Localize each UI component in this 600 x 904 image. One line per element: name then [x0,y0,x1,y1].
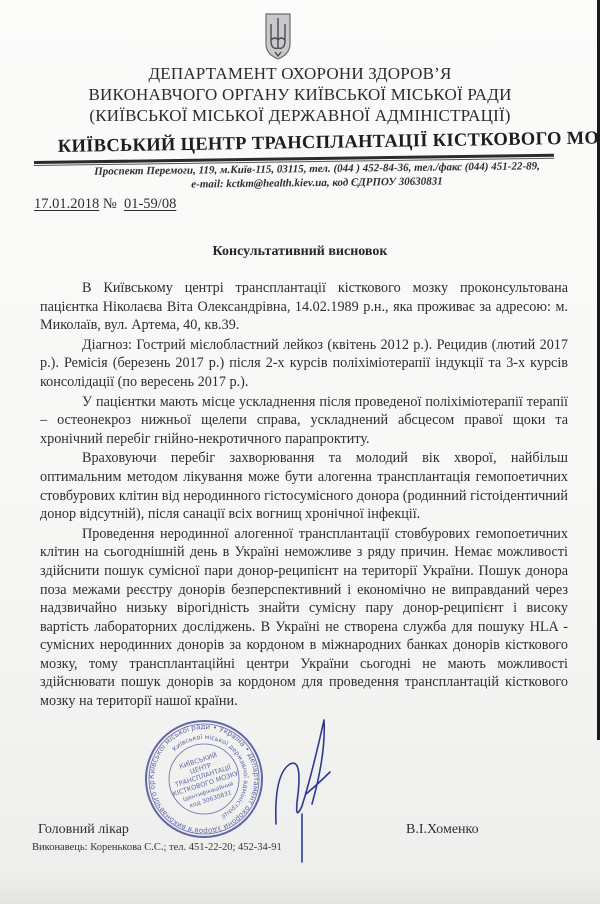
trident-emblem-icon [264,12,292,60]
executor-line: Виконавець: Коренькова С.С.; тел. 451-22… [32,842,282,853]
dept-line-2: ВИКОНАВЧОГО ОРГАНУ КИЇВСЬКОЇ МІСЬКОЇ РАД… [0,85,600,105]
paragraph-limitations: Проведення неродинної алогенної транспла… [40,525,568,711]
ref-date: 17.01.2018 [34,196,99,212]
paragraph-patient: В Київському центрі трансплантації кістк… [40,279,568,335]
dept-line-3: (КИЇВСЬКОЇ МІСЬКОЇ ДЕРЖАВНОЇ АДМІНІСТРАЦ… [0,106,600,126]
paragraph-diagnosis: Діагноз: Гострий мієлобластний лейкоз (к… [40,336,568,392]
ref-number: 01-59/08 [124,196,176,212]
photo-bottom-shadow [0,874,600,904]
document-page: ДЕПАРТАМЕНТ ОХОРОНИ ЗДОРОВ’Я ВИКОНАВЧОГО… [0,0,600,904]
dept-line-1: ДЕПАРТАМЕНТ ОХОРОНИ ЗДОРОВ’Я [0,64,600,84]
ref-number-sign: № [103,196,117,212]
signer-position: Головний лікар [38,822,129,838]
paragraph-recommendation: Враховуючи перебіг захворювання та молод… [40,449,568,523]
signer-name: В.І.Хоменко [406,822,479,838]
official-stamp-icon: Київської міської ради • Україна • Депар… [143,718,265,840]
reference-line: 17.01.2018 № 01-59/08 [34,196,176,213]
paragraph-complications: У пацієнтки мають місце ускладнення післ… [40,393,568,449]
document-title: Консультативний висновок [0,244,600,260]
document-body: В Київському центрі трансплантації кістк… [40,279,568,711]
